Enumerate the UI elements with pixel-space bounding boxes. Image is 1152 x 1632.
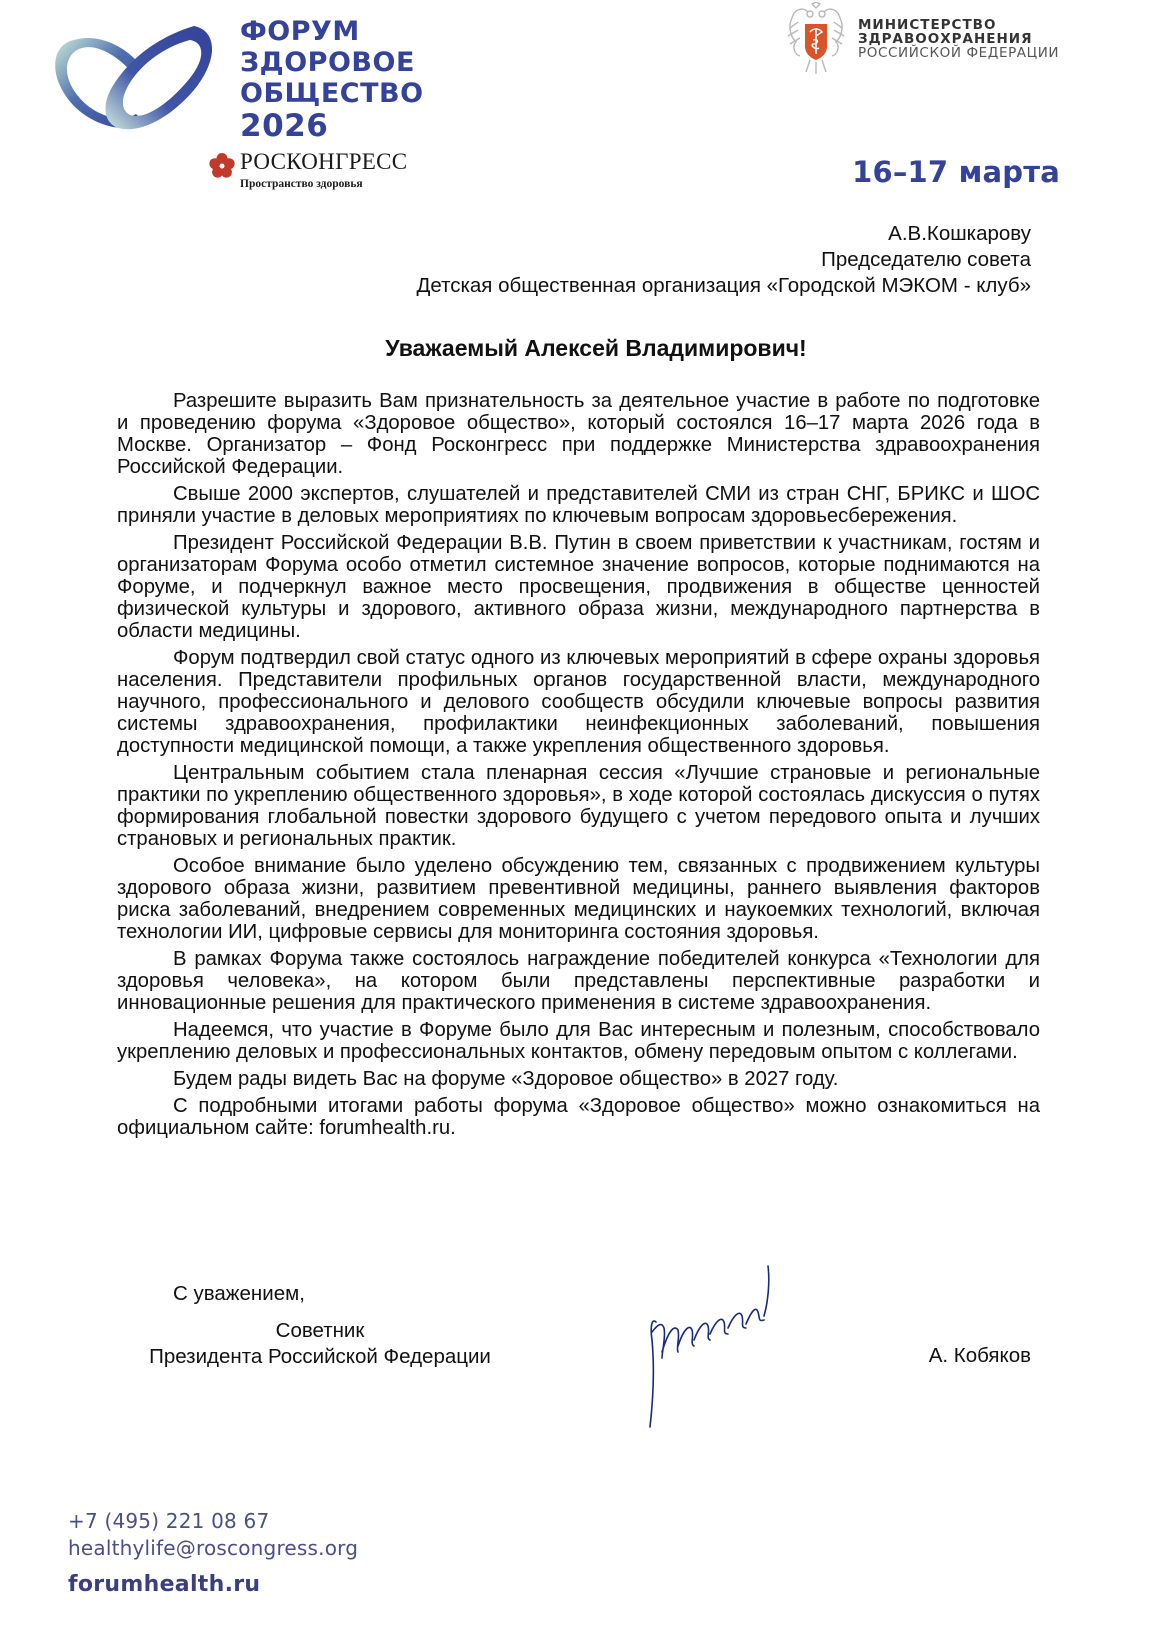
forum-title-line: ОБЩЕСТВО <box>240 78 424 109</box>
signer-title-line: Президента Российской Федерации <box>130 1344 510 1370</box>
addressee-name: А.В.Кошкарову <box>416 221 1031 247</box>
contacts-footer: +7 (495) 221 08 67 healthylife@roscongre… <box>68 1508 358 1597</box>
forum-title-line: ФОРУМ <box>240 16 424 47</box>
signer-name: А. Кобяков <box>929 1344 1031 1368</box>
body-paragraph: Надеемся, что участие в Форуме было для … <box>117 1019 1040 1063</box>
forum-year: 2026 <box>240 109 424 143</box>
body-paragraph: В рамках Форума также состоялось награжд… <box>117 948 1040 1014</box>
signer-title-line: Советник <box>130 1318 510 1344</box>
roscongress-subtitle: Пространство здоровья <box>240 178 407 190</box>
roscongress-flower-icon <box>208 152 236 180</box>
letter-body: Разрешите выразить Вам признательность з… <box>117 390 1040 1144</box>
forum-title: ФОРУМ ЗДОРОВОЕ ОБЩЕСТВО 2026 <box>240 16 424 143</box>
coat-of-arms-icon <box>786 2 846 76</box>
roscongress-name: РОСКОНГРЕСС <box>240 150 407 174</box>
body-paragraph: Форум подтвердил свой статус одного из к… <box>117 647 1040 757</box>
footer-email[interactable]: healthylife@roscongress.org <box>68 1535 358 1562</box>
addressee-organization: Детская общественная организация «Городс… <box>416 273 1031 299</box>
body-paragraph: С подробными итогами работы форума «Здор… <box>117 1095 1040 1139</box>
forum-dates: 16–17 марта <box>852 155 1060 189</box>
footer-website[interactable]: forumhealth.ru <box>68 1572 358 1597</box>
ministry-line: МИНИСТЕРСТВО <box>858 18 1059 32</box>
body-paragraph: Президент Российской Федерации В.В. Пути… <box>117 532 1040 642</box>
salutation: Уважаемый Алексей Владимирович! <box>0 335 1152 362</box>
forum-title-line: ЗДОРОВОЕ <box>240 47 424 78</box>
handwritten-signature-icon <box>640 1262 800 1432</box>
body-paragraph: Разрешите выразить Вам признательность з… <box>117 390 1040 478</box>
forum-rings-logo-icon <box>44 18 220 138</box>
signer-title: Советник Президента Российской Федерации <box>130 1318 510 1370</box>
body-paragraph: Центральным событием стала пленарная сес… <box>117 762 1040 850</box>
ministry-logo: МИНИСТЕРСТВО ЗДРАВООХРАНЕНИЯ РОССИЙСКОЙ … <box>786 2 1059 76</box>
roscongress-logo: РОСКОНГРЕСС Пространство здоровья <box>208 150 407 190</box>
footer-phone[interactable]: +7 (495) 221 08 67 <box>68 1508 358 1535</box>
body-paragraph: Будем рады видеть Вас на форуме «Здорово… <box>117 1068 1040 1090</box>
ministry-name: МИНИСТЕРСТВО ЗДРАВООХРАНЕНИЯ РОССИЙСКОЙ … <box>858 18 1059 60</box>
body-paragraph: Свыше 2000 экспертов, слушателей и предс… <box>117 483 1040 527</box>
ministry-line: ЗДРАВООХРАНЕНИЯ <box>858 32 1059 46</box>
ministry-line: РОССИЙСКОЙ ФЕДЕРАЦИИ <box>858 46 1059 60</box>
addressee-position: Председателю совета <box>416 247 1031 273</box>
body-paragraph: Особое внимание было уделено обсуждению … <box>117 855 1040 943</box>
closing-regards: С уважением, <box>173 1282 305 1306</box>
addressee-block: А.В.Кошкарову Председателю совета Детска… <box>416 221 1031 299</box>
